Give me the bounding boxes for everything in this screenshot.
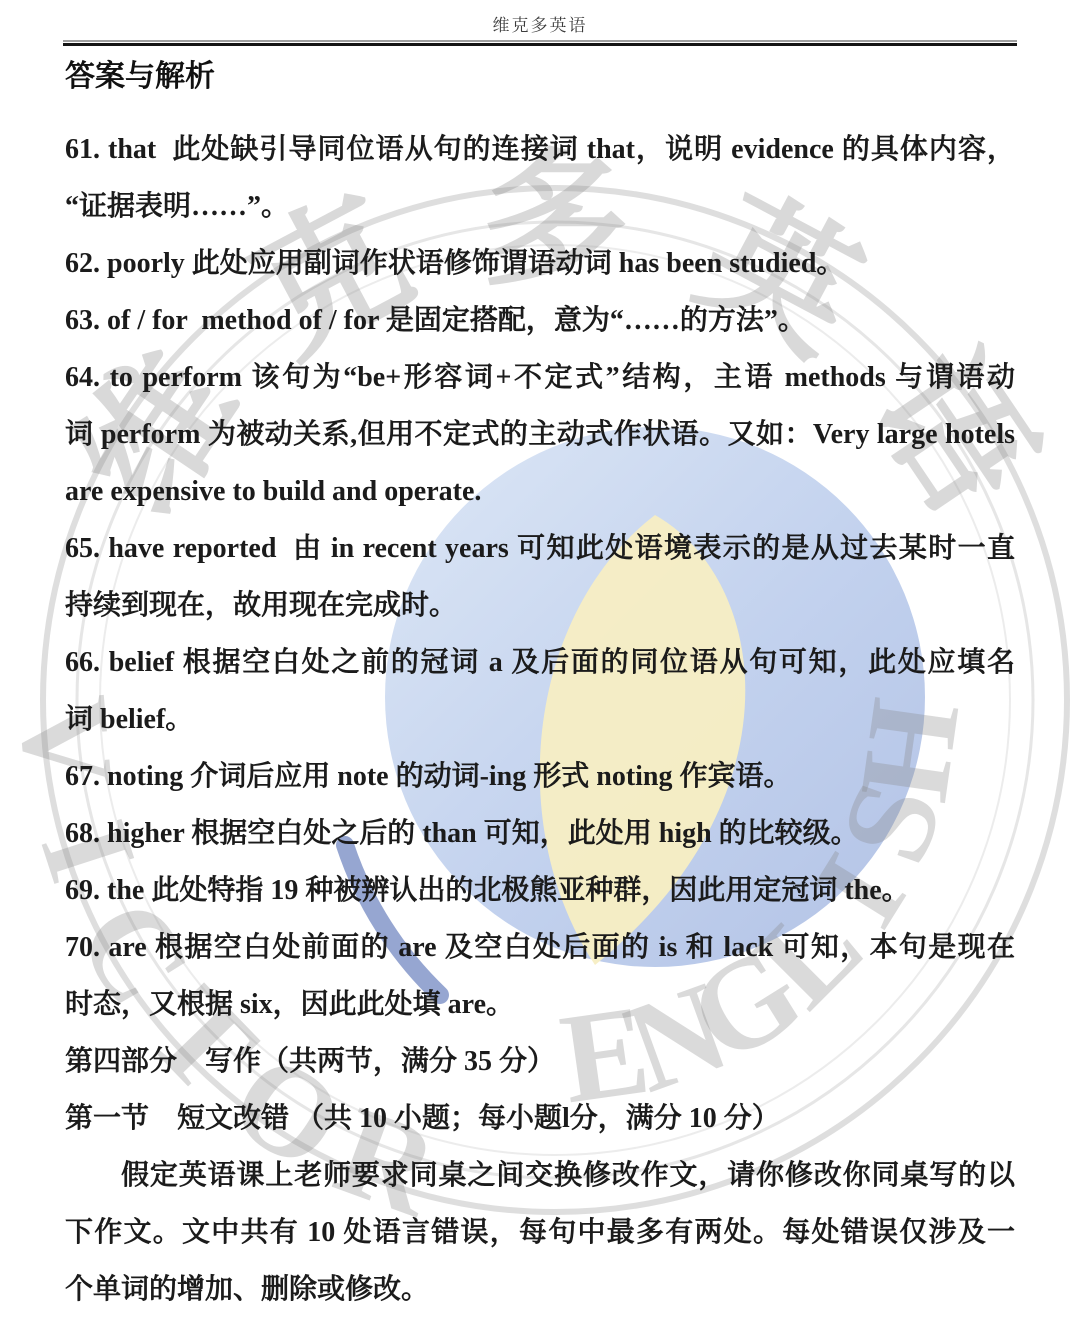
- paragraph-70: 70. are 根据空白处前面的 are 及空白处后面的 is 和 lack 可…: [65, 919, 1015, 1033]
- text-line: 持续到现在，故用现在完成时。: [65, 577, 1015, 634]
- text-line: 64. to perform 该句为“be+形容词+不定式”结构，主语 meth…: [65, 349, 1015, 406]
- text-line: 62. poorly 此处应用副词作状语修饰谓语动词 has been stud…: [65, 235, 1015, 292]
- paragraph-64: 64. to perform 该句为“be+形容词+不定式”结构，主语 meth…: [65, 349, 1015, 520]
- text-line: 词 belief。: [65, 691, 1015, 748]
- text-line: 69. the 此处特指 19 种被辨认出的北极熊亚种群，因此用定冠词 the。: [65, 862, 1015, 919]
- text-line: “证据表明……”。: [65, 178, 1015, 235]
- text-line: 68. higher 根据空白处之后的 than 可知，此处用 high 的比较…: [65, 805, 1015, 862]
- text-line: 67. noting 介词后应用 note 的动词-ing 形式 noting …: [65, 748, 1015, 805]
- text-line: 第四部分 写作（共两节，满分 35 分）: [65, 1033, 1015, 1090]
- answer-explanations: 61. that 此处缺引导同位语从句的连接词 that，说明 evidence…: [65, 121, 1015, 1318]
- text-line: 个单词的增加、删除或修改。: [65, 1261, 1015, 1318]
- paragraph-task-description: 假定英语课上老师要求同桌之间交换修改作文，请你修改你同桌写的以下作文。文中共有 …: [65, 1147, 1015, 1318]
- text-line: 66. belief 根据空白处之前的冠词 a 及后面的同位语从句可知，此处应填…: [65, 634, 1015, 691]
- text-line: are expensive to build and operate.: [65, 463, 1015, 520]
- text-line: 61. that 此处缺引导同位语从句的连接词 that，说明 evidence…: [65, 121, 1015, 178]
- text-line: 70. are 根据空白处前面的 are 及空白处后面的 is 和 lack 可…: [65, 919, 1015, 976]
- text-line: 下作文。文中共有 10 处语言错误，每句中最多有两处。每处错误仅涉及一: [65, 1204, 1015, 1261]
- page-title: 答案与解析: [65, 59, 1080, 95]
- text-line: 词 perform 为被动关系,但用不定式的主动式作状语。又如：Very lar…: [65, 406, 1015, 463]
- paragraph-63: 63. of / for method of / for 是固定搭配，意为“………: [65, 292, 1015, 349]
- text-line: 时态，又根据 six，因此此处填 are。: [65, 976, 1015, 1033]
- paragraph-67: 67. noting 介词后应用 note 的动词-ing 形式 noting …: [65, 748, 1015, 805]
- text-line: 65. have reported 由 in recent years 可知此处…: [65, 520, 1015, 577]
- text-line: 第一节 短文改错 （共 10 小题；每小题l分，满分 10 分）: [65, 1090, 1015, 1147]
- text-line: 63. of / for method of / for 是固定搭配，意为“………: [65, 292, 1015, 349]
- paragraph-62: 62. poorly 此处应用副词作状语修饰谓语动词 has been stud…: [65, 235, 1015, 292]
- header-rule-thick-line: [63, 43, 1017, 46]
- document-body: 维克多英语 答案与解析 61. that 此处缺引导同位语从句的连接词 that…: [0, 0, 1080, 1318]
- document-page: { "header": { "brand": "维克多英语" }, "title…: [0, 0, 1080, 1328]
- paragraph-68: 68. higher 根据空白处之后的 than 可知，此处用 high 的比较…: [65, 805, 1015, 862]
- paragraph-part4-heading: 第四部分 写作（共两节，满分 35 分）: [65, 1033, 1015, 1090]
- paragraph-61: 61. that 此处缺引导同位语从句的连接词 that，说明 evidence…: [65, 121, 1015, 235]
- paragraph-65: 65. have reported 由 in recent years 可知此处…: [65, 520, 1015, 634]
- brand-header: 维克多英语: [0, 0, 1080, 38]
- paragraph-66: 66. belief 根据空白处之前的冠词 a 及后面的同位语从句可知，此处应填…: [65, 634, 1015, 748]
- text-line: 假定英语课上老师要求同桌之间交换修改作文，请你修改你同桌写的以: [65, 1147, 1015, 1204]
- header-rule: [63, 40, 1017, 46]
- paragraph-section1-heading: 第一节 短文改错 （共 10 小题；每小题l分，满分 10 分）: [65, 1090, 1015, 1147]
- paragraph-69: 69. the 此处特指 19 种被辨认出的北极熊亚种群，因此用定冠词 the。: [65, 862, 1015, 919]
